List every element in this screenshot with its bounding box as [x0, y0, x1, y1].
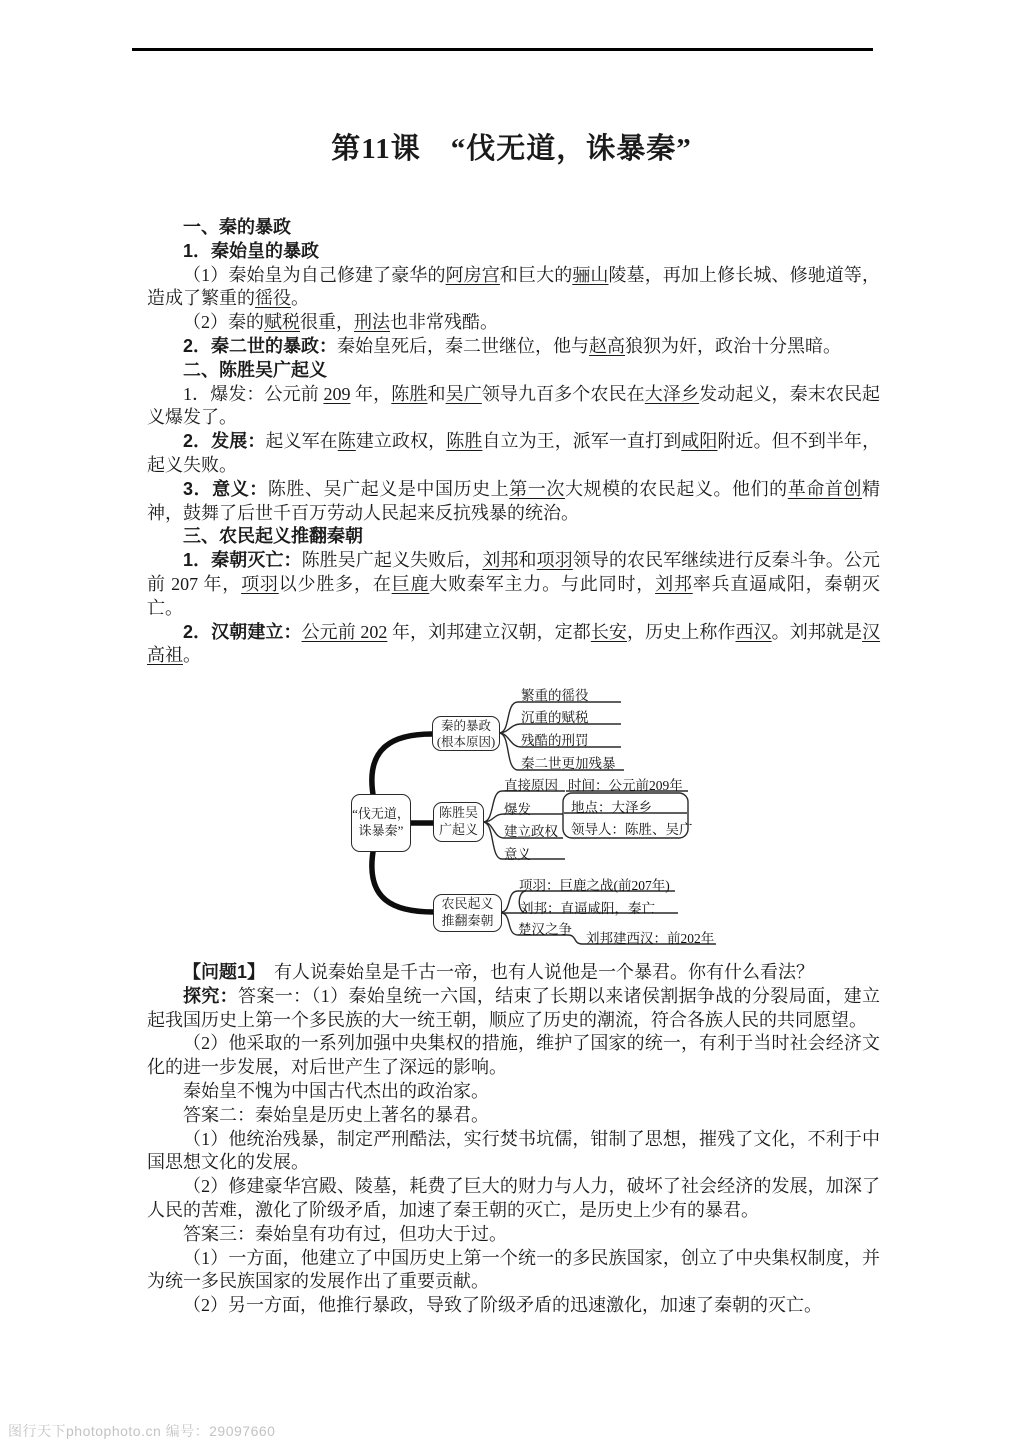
mindmap-diagram: “伐无道， 诛暴秦” 秦的暴政 (根本原因) 陈胜吴 广起义 农民起义 推翻秦朝…	[0, 672, 1023, 964]
para-development: 2．发展：起义军在陈建立政权，陈胜自立为王，派军一直打到咸阳附近。但不到半年，起…	[147, 430, 880, 478]
leaf-regime: 建立政权	[504, 820, 558, 840]
node-qin-tyranny-line2: (根本原因)	[437, 734, 495, 750]
root-node-line1: “伐无道，	[352, 806, 410, 823]
para-answer2-point1: （1）他统治残暴，制定严刑酷法，实行焚书坑儒，钳制了思想，摧残了文化，不利于中国…	[147, 1128, 880, 1176]
heading-peasant-overthrow-qin: 三、农民起义推翻秦朝	[147, 525, 880, 549]
para-answer3-point1: （1）一方面，他建立了中国历史上第一个统一的多民族国家，创立了中央集权制度，并为…	[147, 1247, 880, 1295]
para-second-emperor: 2．秦二世的暴政：秦始皇死后，秦二世继位，他与赵高狼狈为奸，政治十分黑暗。	[147, 335, 880, 359]
leaf-corvee: 繁重的徭役	[521, 684, 589, 704]
leaf-leaders: 领导人：陈胜、吴广	[571, 818, 693, 838]
leaf-punishments: 残酷的刑罚	[521, 729, 589, 749]
leaf-significance: 意义	[504, 843, 531, 863]
node-qin-tyranny: 秦的暴政 (根本原因)	[432, 716, 500, 751]
para-answer3-point2: （2）另一方面，他推行暴政，导致了阶级矛盾的迅速激化，加速了秦朝的灭亡。	[147, 1294, 880, 1318]
mindmap-connectors	[0, 672, 1023, 964]
subheading-first-emperor-tyranny: 1．秦始皇的暴政	[147, 240, 880, 264]
top-rule	[132, 48, 873, 51]
node-overthrow: 农民起义 推翻秦朝	[433, 894, 502, 932]
para-inquiry-answer-1: 探究：答案一：（1）秦始皇统一六国，结束了长期以来诸侯割据争战的分裂局面，建立起…	[147, 985, 880, 1033]
watermark: 图行天下photophoto.cn 编号：29097660	[8, 1421, 275, 1441]
node-uprising: 陈胜吴 广起义	[433, 802, 484, 842]
leaf-chuhan: 楚汉之争	[518, 918, 572, 938]
para-answer1-conclusion: 秦始皇不愧为中国古代杰出的政治家。	[147, 1080, 880, 1104]
para-question-1: 【问题1】 有人说秦始皇是千古一帝，也有人说他是一个暴君。你有什么看法？	[147, 961, 880, 985]
para-answer-3: 答案三：秦始皇有功有过，但功大于过。	[147, 1223, 880, 1247]
leaf-liubang: 刘邦：直逼咸阳，秦亡	[520, 897, 655, 917]
leaf-direct-cause: 直接原因	[504, 774, 558, 794]
page-title: 第11课 “伐无道，诛暴秦”	[0, 126, 1023, 167]
para-significance: 3．意义：陈胜、吴广起义是中国历史上第一次大规模的农民起义。他们的革命首创精神，…	[147, 478, 880, 526]
para-answer2-point2: （2）修建豪华宫殿、陵墓，耗费了巨大的财力与人力，破坏了社会经济的发展，加深了人…	[147, 1175, 880, 1223]
leaf-han-founded: 刘邦建西汉：前202年	[586, 927, 714, 947]
para-palace-corvee: （1）秦始皇为自己修建了豪华的阿房宫和巨大的骊山陵墓，再加上修长城、修驰道等，造…	[147, 264, 880, 312]
leaf-time: 时间：公元前209年	[568, 774, 683, 794]
outline-section: 一、秦的暴政 1．秦始皇的暴政 （1）秦始皇为自己修建了豪华的阿房宫和巨大的骊山…	[147, 216, 880, 668]
para-han-founding: 2．汉朝建立：公元前 202 年，刘邦建立汉朝，定都长安，历史上称作西汉。刘邦就…	[147, 621, 880, 669]
root-node-line2: 诛暴秦”	[359, 823, 404, 840]
node-overthrow-line1: 农民起义	[441, 896, 493, 913]
para-answer-2: 答案二：秦始皇是历史上著名的暴君。	[147, 1104, 880, 1128]
para-tax-law: （2）秦的赋税很重，刑法也非常残酷。	[147, 311, 880, 335]
node-overthrow-line2: 推翻秦朝	[441, 913, 493, 930]
leaf-place: 地点：大泽乡	[571, 796, 652, 816]
leaf-xiangyu: 项羽：巨鹿之战(前207年)	[519, 874, 670, 894]
para-outbreak: 1．爆发：公元前 209 年，陈胜和吴广领导九百多个农民在大泽乡发动起义，秦末农…	[147, 383, 880, 431]
document-page: 第11课 “伐无道，诛暴秦” 一、秦的暴政 1．秦始皇的暴政 （1）秦始皇为自己…	[0, 0, 1023, 1449]
mindmap-root-node: “伐无道， 诛暴秦”	[351, 794, 411, 852]
leaf-second-emperor: 秦二世更加残暴	[521, 752, 616, 772]
leaf-outbreak: 爆发	[504, 798, 531, 818]
leaf-taxes: 沉重的赋税	[521, 706, 589, 726]
node-uprising-line1: 陈胜吴	[439, 805, 478, 822]
para-qin-fall: 1．秦朝灭亡：陈胜吴广起义失败后，刘邦和项羽领导的农民军继续进行反秦斗争。公元前…	[147, 549, 880, 620]
discussion-section: 【问题1】 有人说秦始皇是千古一帝，也有人说他是一个暴君。你有什么看法？ 探究：…	[147, 961, 880, 1318]
node-qin-tyranny-line1: 秦的暴政	[441, 718, 491, 734]
heading-qin-tyranny: 一、秦的暴政	[147, 216, 880, 240]
node-uprising-line2: 广起义	[439, 822, 478, 839]
heading-chensheng-wuguang-uprising: 二、陈胜吴广起义	[147, 359, 880, 383]
para-answer1-point2: （2）他采取的一系列加强中央集权的措施，维护了国家的统一，有利于当时社会经济文化…	[147, 1032, 880, 1080]
